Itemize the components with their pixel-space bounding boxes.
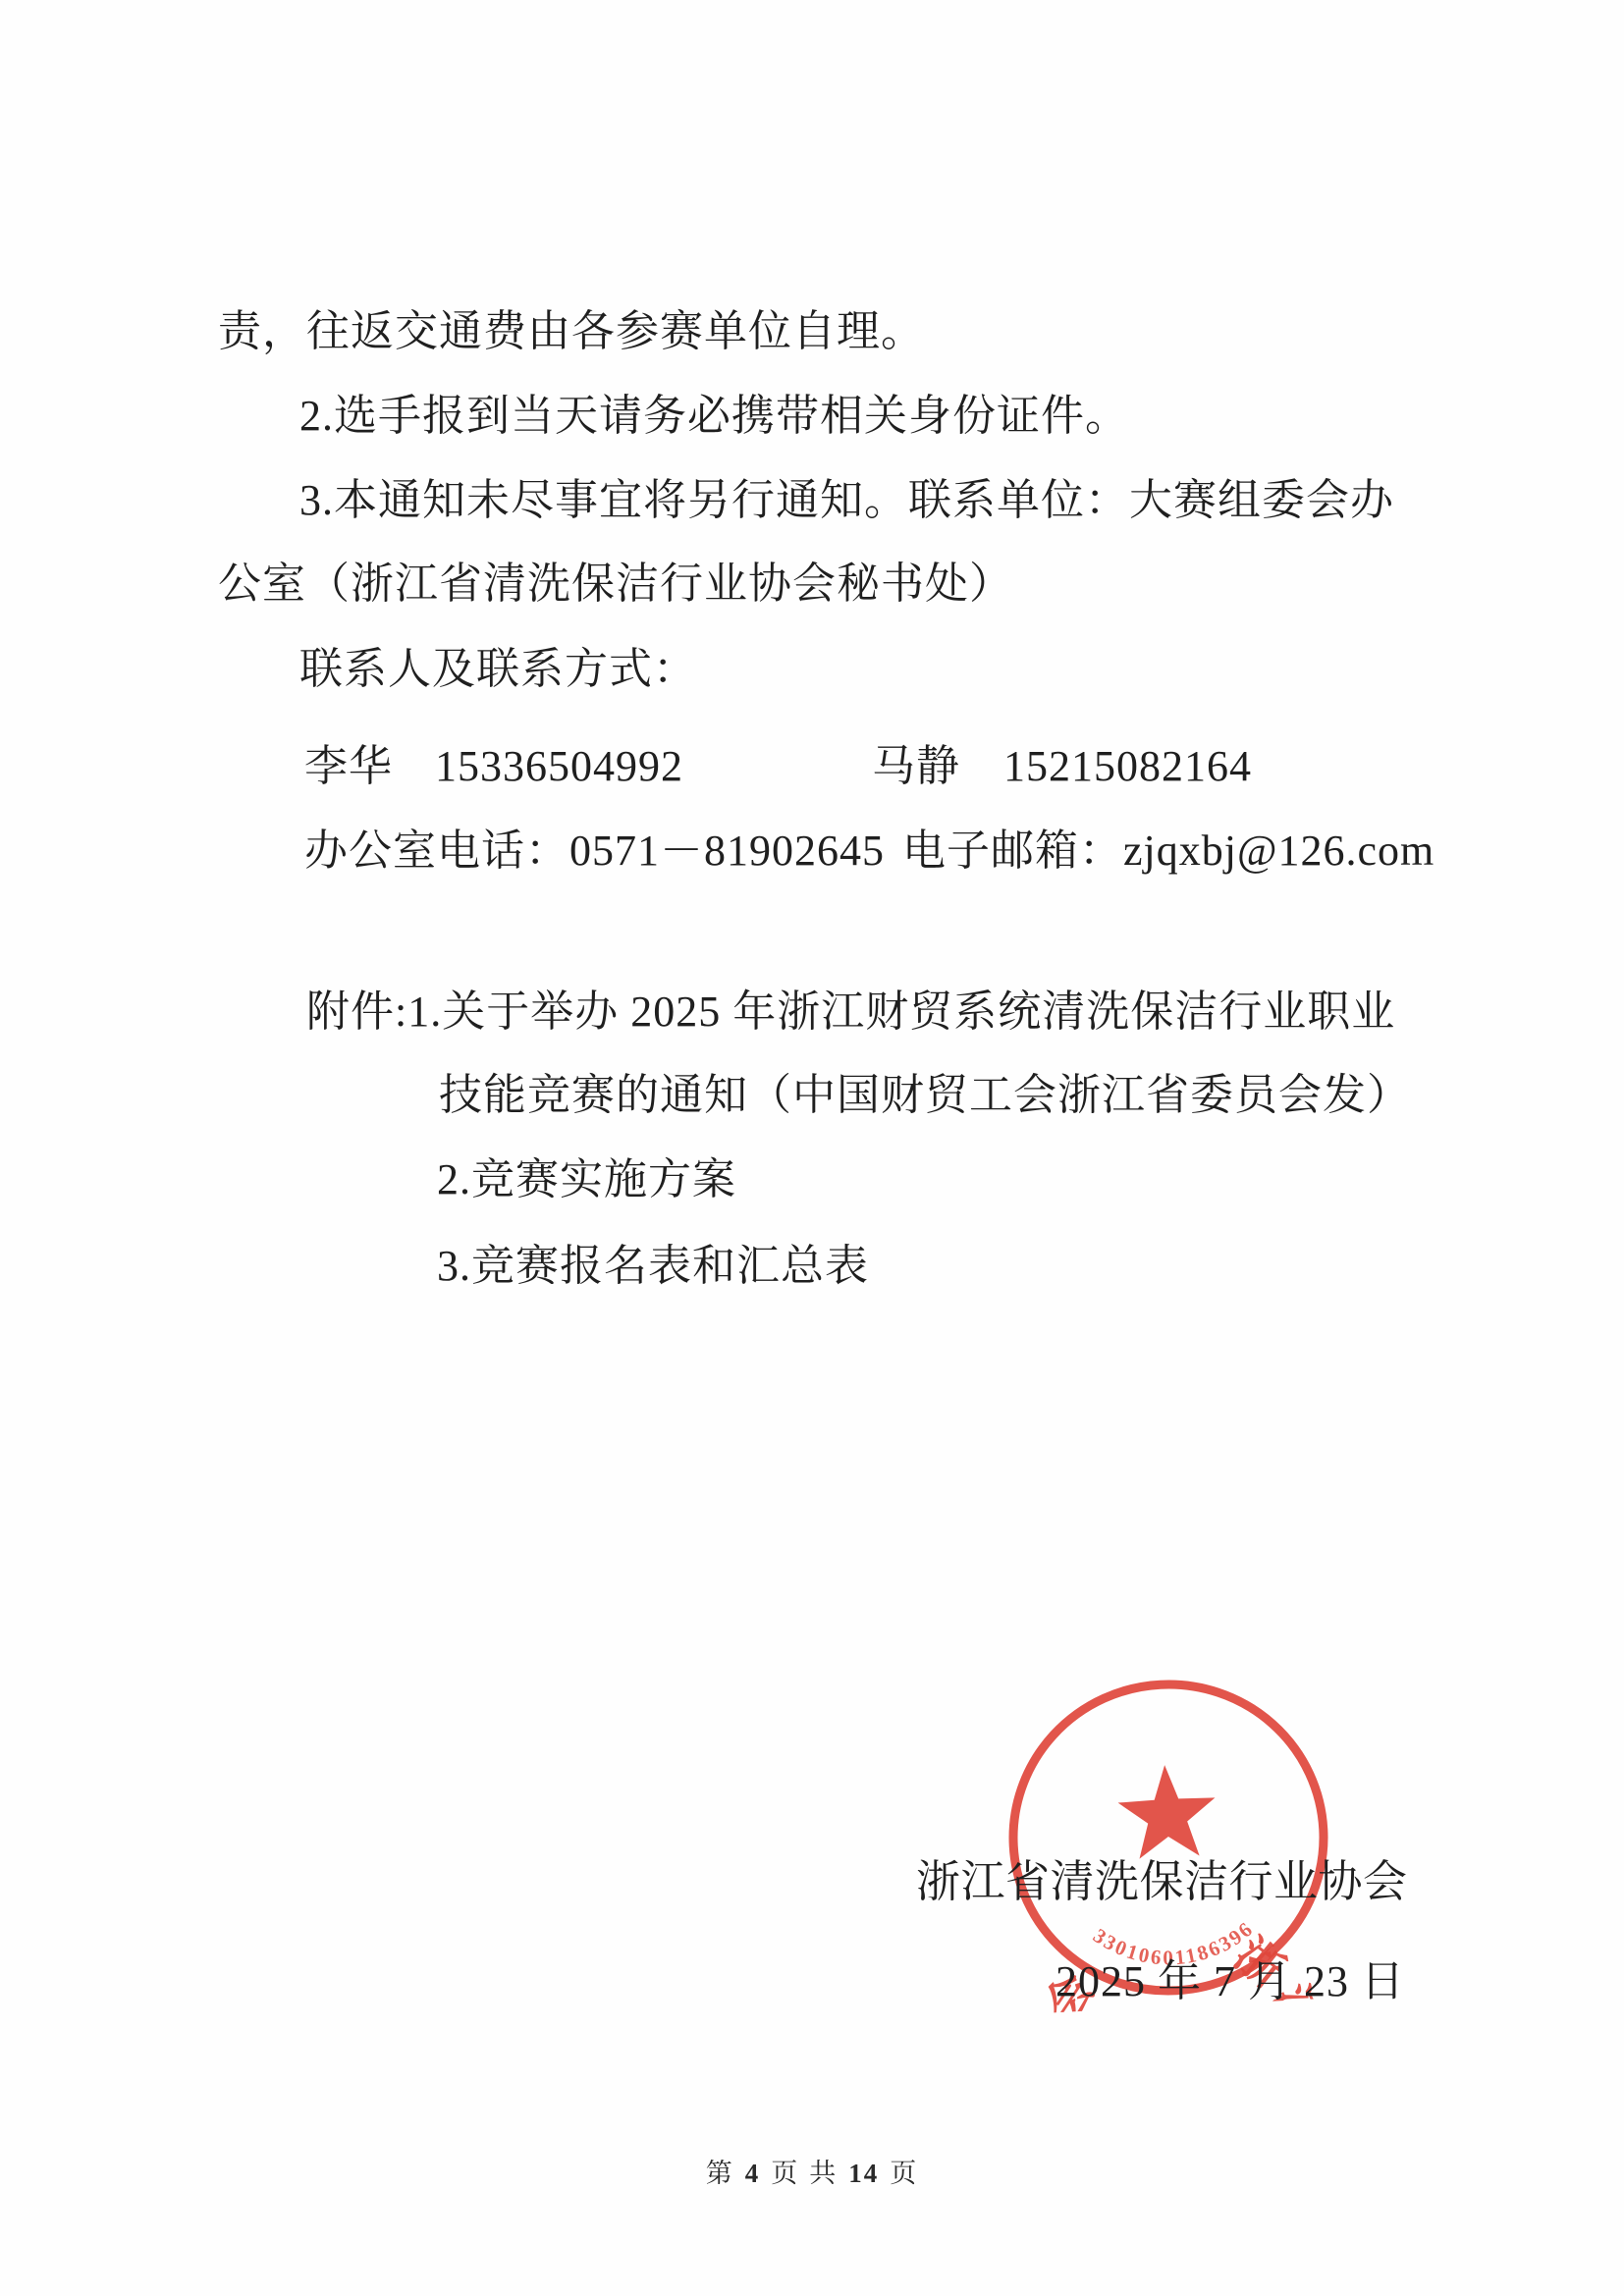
body-line: 3.本通知未尽事宜将另行通知。联系单位：大赛组委会办 (299, 476, 1394, 524)
attachment-line: 2.竞赛实施方案 (437, 1155, 736, 1203)
email-label: 电子邮箱： (902, 827, 1123, 875)
document-page: 责，往返交通费由各参赛单位自理。 2.选手报到当天请务必携带相关身份证件。 3.… (0, 0, 1624, 2296)
signature-org: 浙江省清洗保洁行业协会 (916, 1845, 1408, 1909)
footer-page-current: 4 (739, 2159, 767, 2188)
contact-name: 马静 (872, 742, 960, 790)
contact-phone: 15215082164 (1003, 742, 1252, 790)
attachments-label: 附件: (306, 988, 407, 1036)
footer-text: 页 (766, 2159, 804, 2188)
attachment-item: 1.关于举办 2025 年浙江财贸系统清洗保洁行业职业 (407, 988, 1395, 1036)
attachment-line: 技能竞赛的通知（中国财贸工会浙江省委员会发） (439, 1071, 1411, 1119)
body-line: 公室（浙江省清洗保洁行业协会秘书处） (218, 560, 1013, 608)
attachment-line: 附件:1.关于举办 2025 年浙江财贸系统清洗保洁行业职业 (306, 988, 1395, 1036)
footer-text: 页 (885, 2159, 923, 2188)
body-line: 2.选手报到当天请务必携带相关身份证件。 (299, 392, 1129, 440)
office-line: 办公室电话：0571－81902645电子邮箱：zjqxbj@126.com (304, 827, 1435, 875)
body-line: 联系人及联系方式： (299, 645, 697, 693)
office-phone-number: 0571－81902645 (569, 827, 885, 875)
footer-page-total: 14 (842, 2159, 885, 2188)
signature-date: 2025 年 7 月 23 日 (1056, 1946, 1405, 2008)
attachment-line: 3.竞赛报名表和汇总表 (437, 1242, 869, 1290)
footer-text: 共 (804, 2159, 842, 2188)
page-footer: 第4页共14页 (0, 2152, 1624, 2190)
body-line: 责，往返交通费由各参赛单位自理。 (218, 307, 925, 355)
office-phone-label: 办公室电话： (304, 827, 569, 875)
email-address: zjqxbj@126.com (1123, 827, 1435, 875)
contact-name: 李华 (304, 742, 393, 790)
contact-phone: 15336504992 (435, 742, 683, 790)
footer-text: 第 (701, 2159, 739, 2188)
